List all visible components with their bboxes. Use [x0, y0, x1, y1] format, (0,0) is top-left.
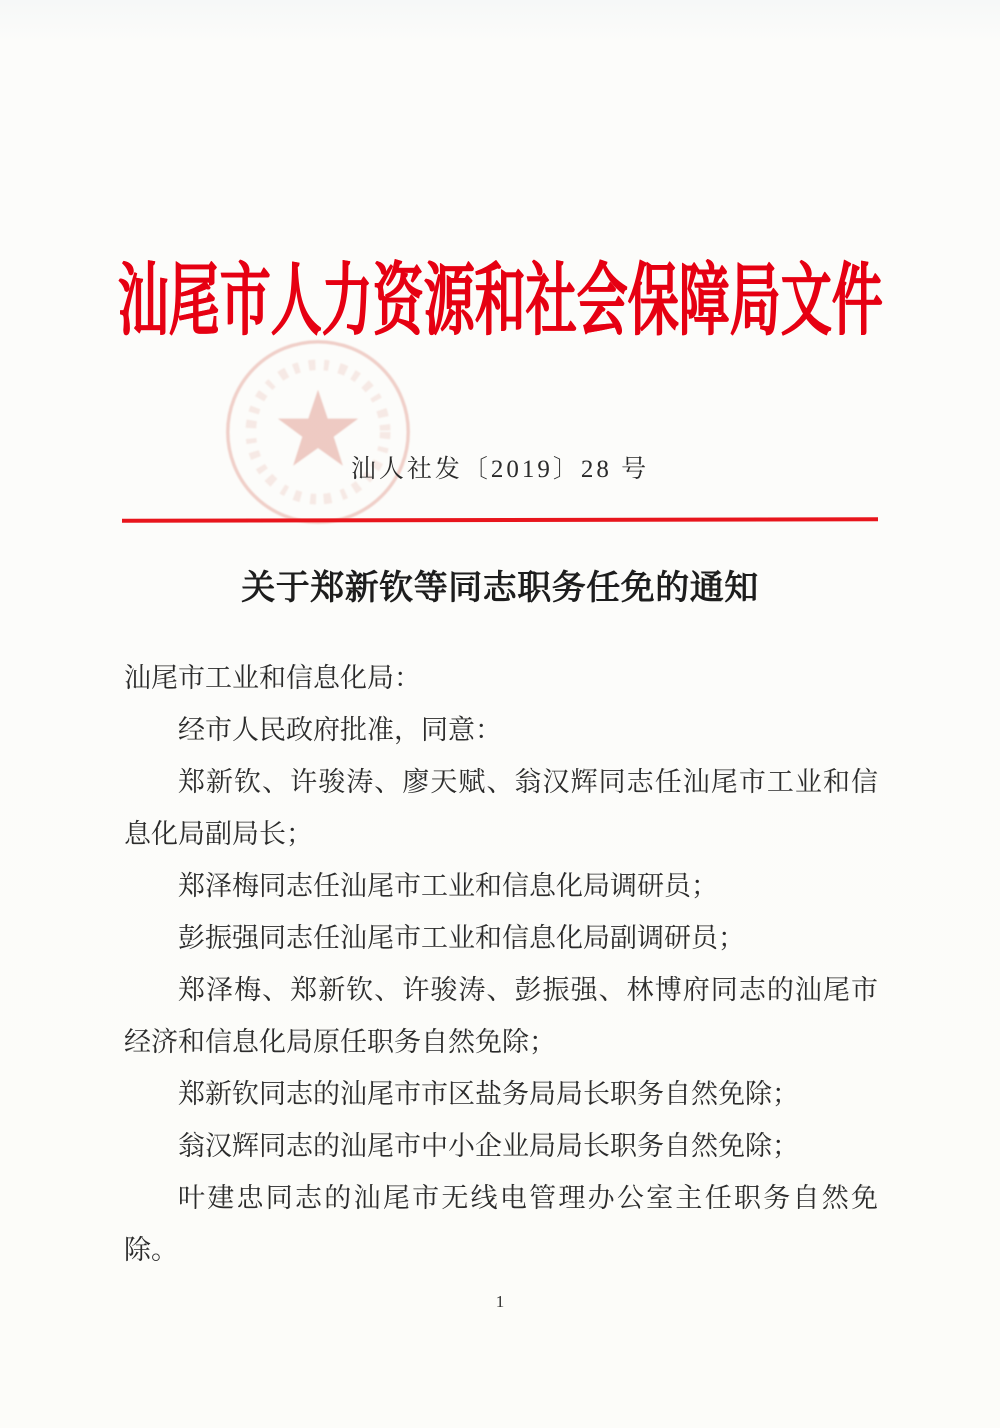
- document-number: 汕人社发〔2019〕28 号: [0, 449, 1000, 485]
- body-paragraph-removal-sme-bureau: 翁汉辉同志的汕尾市中小企业局局长职务自然免除；: [124, 1120, 878, 1172]
- body-paragraph-appointment-deputy-researcher: 彭振强同志任汕尾市工业和信息化局副调研员；: [124, 912, 878, 964]
- body-paragraph-approval: 经市人民政府批准，同意：: [124, 704, 878, 756]
- official-seal: [222, 336, 414, 528]
- document-subject-title: 关于郑新钦等同志职务任免的通知: [0, 560, 1000, 609]
- addressee-line: 汕尾市工业和信息化局：: [124, 652, 878, 704]
- red-star-seal-icon: [222, 336, 414, 528]
- body-paragraph-removal-former-posts: 郑泽梅、郑新钦、许骏涛、彭振强、林博府同志的汕尾市经济和信息化局原任职务自然免除…: [124, 964, 878, 1068]
- document-page: 汕尾市人力资源和社会保障局文件 汕人社发〔2019〕28 号 关于郑新钦等同志职…: [0, 0, 1000, 1428]
- body-paragraph-removal-radio-office: 叶建忠同志的汕尾市无线电管理办公室主任职务自然免除。: [124, 1172, 878, 1276]
- page-number: 1: [0, 1292, 1000, 1312]
- agency-letterhead-title: 汕尾市人力资源和社会保障局文件: [0, 264, 1000, 343]
- document-body: 汕尾市工业和信息化局： 经市人民政府批准，同意： 郑新钦、许骏涛、廖天赋、翁汉辉…: [124, 652, 878, 1276]
- body-paragraph-appointment-researcher: 郑泽梅同志任汕尾市工业和信息化局调研员；: [124, 860, 878, 912]
- red-divider-line: [122, 517, 878, 523]
- body-paragraph-appointment-deputy-directors: 郑新钦、许骏涛、廖天赋、翁汉辉同志任汕尾市工业和信息化局副局长；: [124, 756, 878, 860]
- body-paragraph-removal-salt-bureau: 郑新钦同志的汕尾市市区盐务局局长职务自然免除；: [124, 1068, 878, 1120]
